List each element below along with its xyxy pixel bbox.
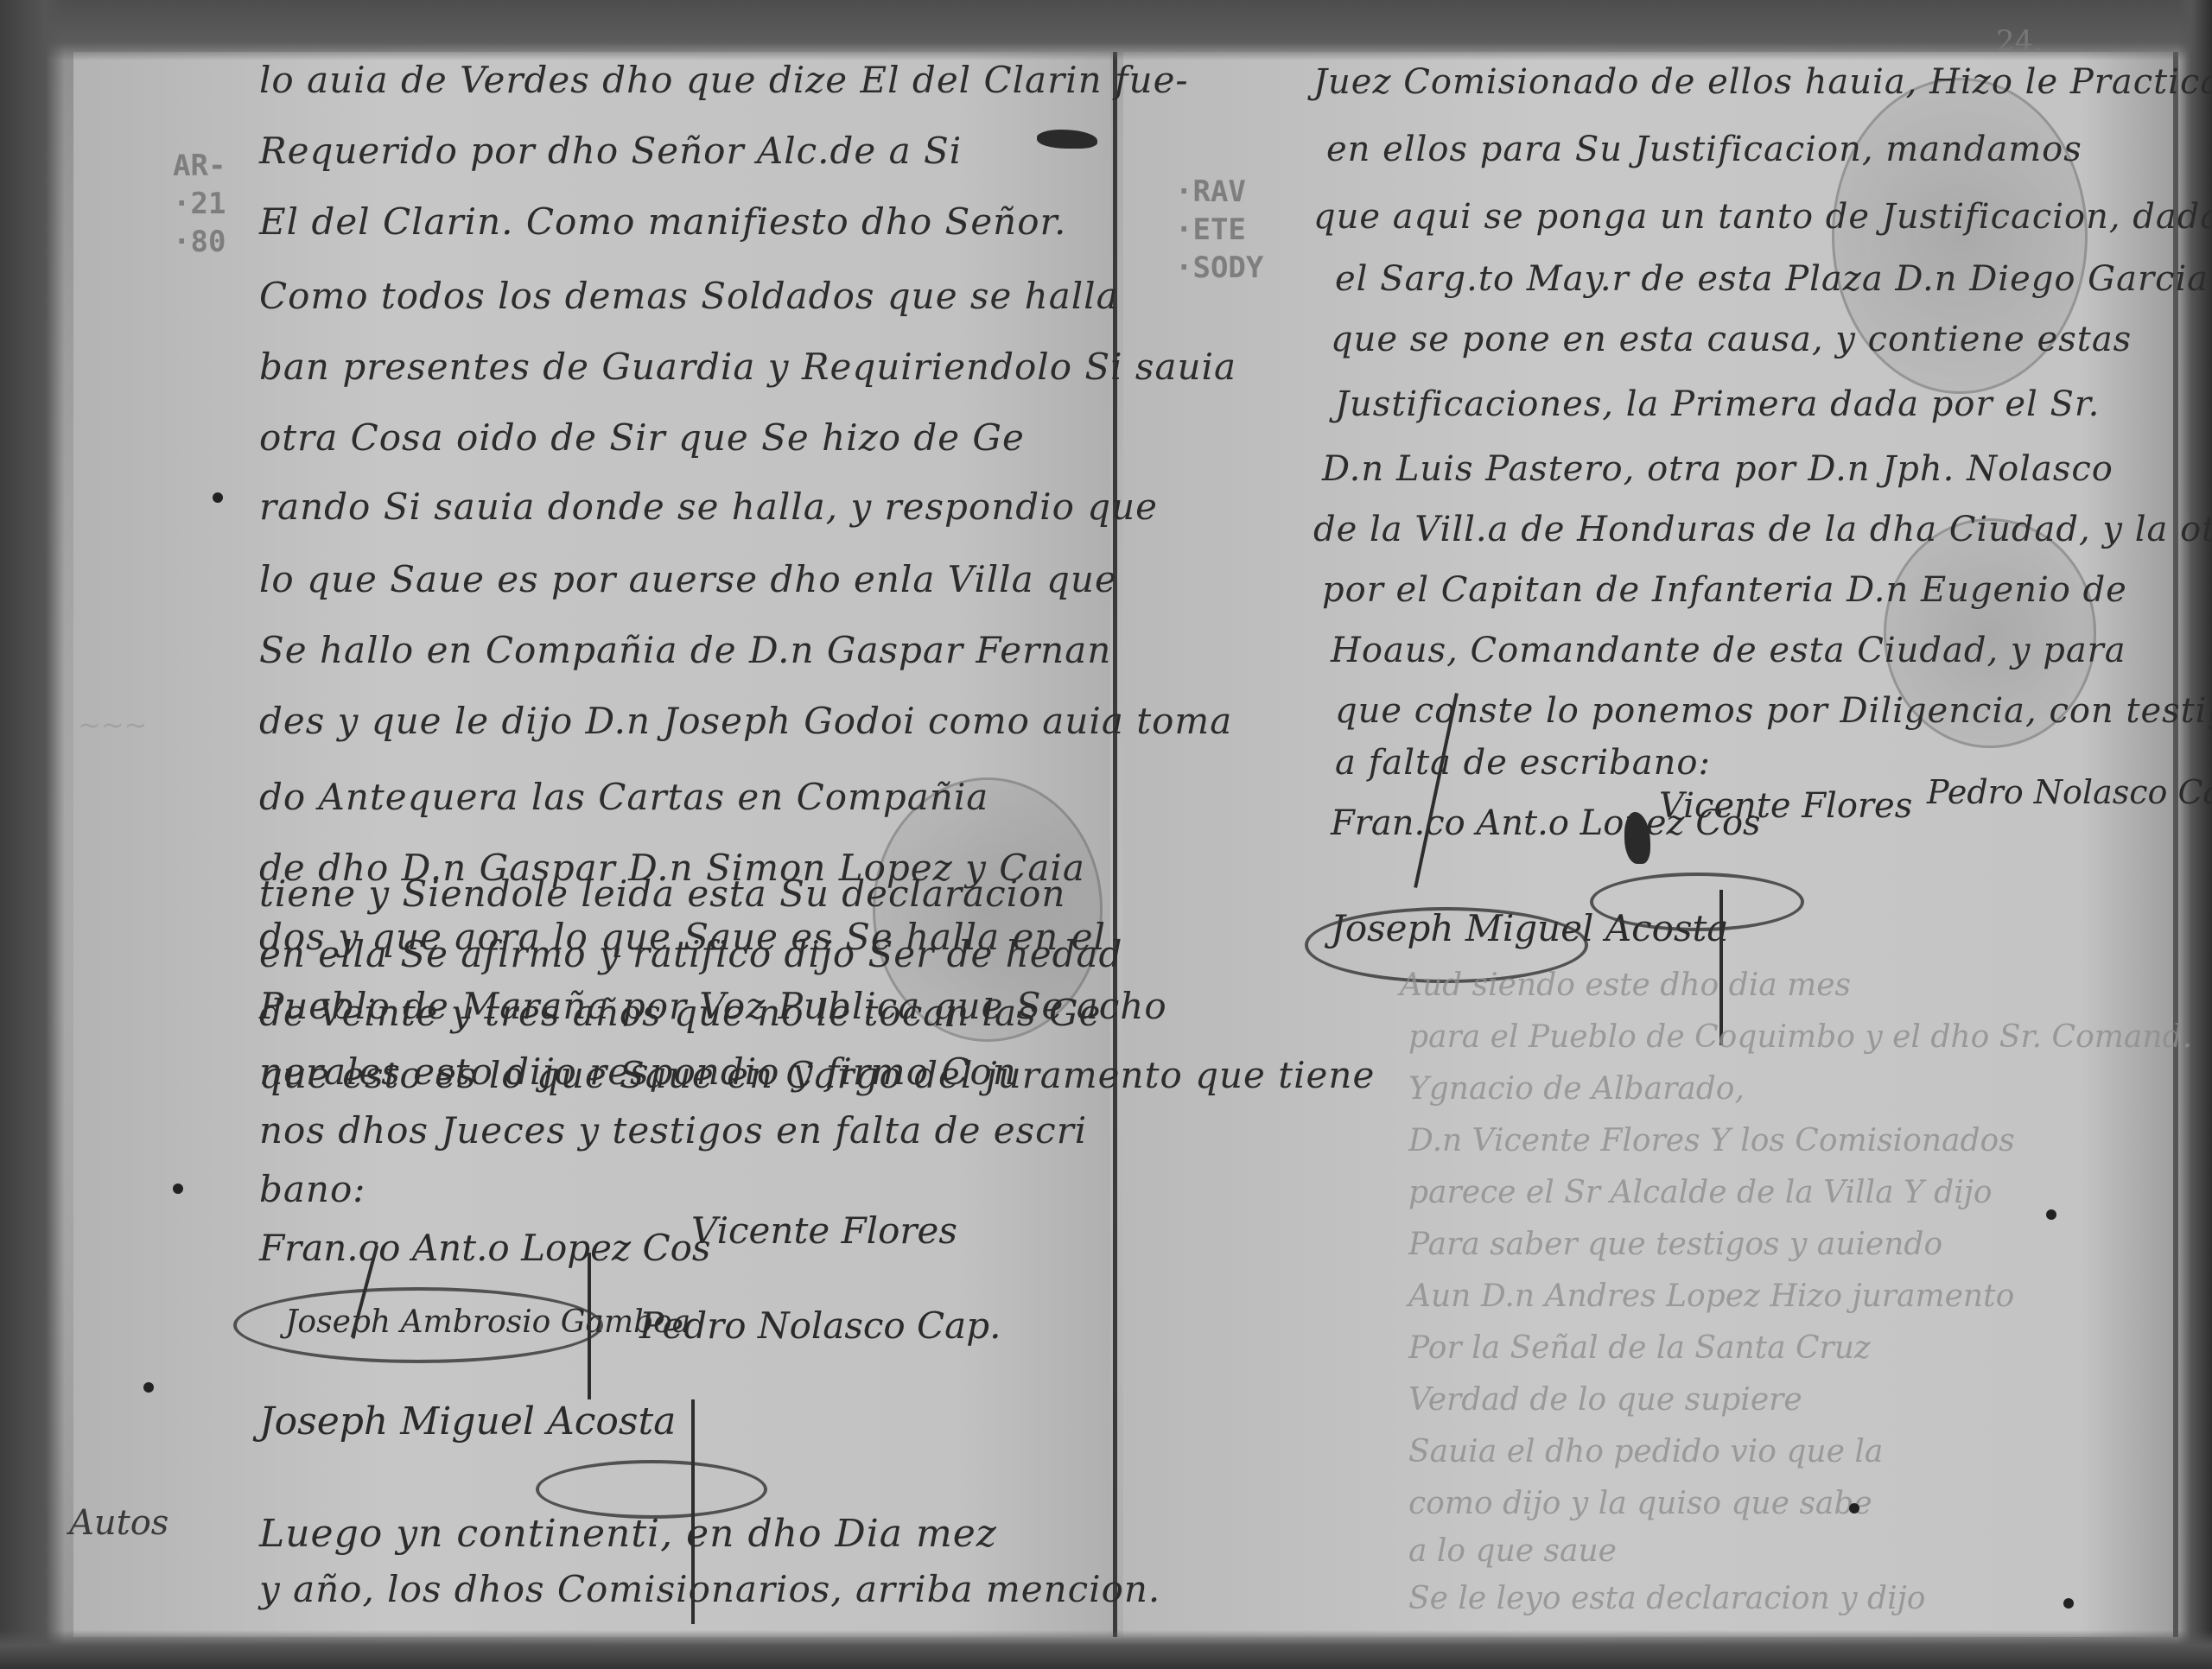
manuscript-line: Se hallo en Compañia de D.n Gaspar Ferna… — [259, 629, 1111, 671]
ink-dot — [213, 492, 223, 503]
signature-acosta: Joseph Miguel Acosta — [259, 1399, 676, 1444]
manuscript-line: el Sarg.to May.r de esta Plaza D.n Diego… — [1335, 259, 2209, 299]
manuscript-line: des y que le dijo D.n Joseph Godoi como … — [259, 700, 1232, 742]
manuscript-line: bano: — [259, 1168, 365, 1210]
signature-flourish — [536, 1460, 767, 1519]
manuscript-line: de la Vill.a de Honduras de la dha Ciuda… — [1313, 510, 2212, 549]
bleed-line: a lo que saue — [1408, 1533, 1617, 1569]
scan-right-shadow — [2177, 0, 2212, 1669]
signature-lopez-cos: Fran.co Ant.o Lopez Cos — [259, 1227, 710, 1269]
ink-dot — [2046, 1209, 2056, 1220]
bleed-line: Aun D.n Andres Lopez Hizo juramento — [1408, 1279, 2014, 1314]
bleed-line: parece el Sr Alcalde de la Villa Y dijo — [1408, 1175, 1993, 1210]
signature-vicente-flores: Vicente Flores — [1659, 786, 1912, 826]
stamp-line: ·RAV — [1175, 173, 1263, 211]
bleed-line: Ygnacio de Albarado, — [1408, 1071, 1745, 1107]
manuscript-line: que aqui se ponga un tanto de Justificac… — [1313, 197, 2212, 237]
bleed-line: Por la Señal de la Santa Cruz — [1408, 1330, 1871, 1366]
bleed-line: para el Pueblo de Coquimbo y el dho Sr. … — [1408, 1019, 2192, 1055]
stamp-line: ·21 — [173, 185, 226, 223]
signature-vicente-flores: Vicente Flores — [691, 1209, 957, 1252]
manuscript-line: lo que Saue es por auerse dho enla Villa… — [259, 558, 1117, 600]
manuscript-line: El del Clarin. Como manifiesto dho Señor… — [259, 200, 1066, 243]
stamp-bleed-right: ·RAV ·ETE ·SODY — [1175, 173, 1263, 287]
scan-bottom-shadow — [0, 1630, 2212, 1669]
bleed-line: D.n Vicente Flores Y los Comisionados — [1408, 1123, 2015, 1158]
stamp-line: ·SODY — [1175, 249, 1263, 287]
stamp-line: ·ETE — [1175, 211, 1263, 249]
manuscript-line: Requerido por dho Señor Alc.de a Si — [259, 130, 962, 172]
ink-dot — [143, 1382, 154, 1393]
page-number: 24. — [1996, 24, 2043, 59]
ink-dot — [1849, 1503, 1859, 1514]
manuscript-line: de Veinte y tres años que no le tocan la… — [259, 992, 1101, 1034]
manuscript-line: Hoaus, Comandante de esta Ciudad, y para — [1331, 631, 2126, 670]
signature-flourish — [1590, 873, 1804, 931]
stamp-line: AR- — [173, 147, 226, 185]
manuscript-line: Juez Comisionado de ellos hauia, Hizo le… — [1313, 62, 2212, 102]
manuscript-line: nos dhos Jueces y testigos en falta de e… — [259, 1109, 1087, 1152]
manuscript-line: en ella Se afirmo y ratifico dijo Ser de… — [259, 933, 1122, 975]
bleed-line: Verdad de lo que supiere — [1408, 1382, 1802, 1418]
manuscript-line: nerales esto dijo respondio y firmo Con — [259, 1050, 1017, 1093]
manuscript-line: D.n Luis Pastero, otra por D.n Jph. Nola… — [1322, 449, 2113, 489]
manuscript-line-closing: Luego yn continenti, en dho Dia mez — [259, 1512, 997, 1556]
manuscript-line: a falta de escribano: — [1335, 743, 1711, 783]
manuscript-line: do Antequera las Cartas en Compañia — [259, 776, 988, 818]
signature-stroke — [588, 1253, 591, 1399]
manuscript-line: tiene y Siendole leida esta Su declaraci… — [259, 873, 1065, 915]
manuscript-line: otra Cosa oido de Sir que Se hizo de Ge — [259, 416, 1025, 459]
bleed-line: Para saber que testigos y auiendo — [1408, 1227, 1942, 1262]
margin-note-autos: Autos — [69, 1503, 168, 1543]
manuscript-line: ban presentes de Guardia y Requiriendolo… — [259, 346, 1236, 388]
bleed-line: ~~~ — [78, 708, 147, 741]
bleed-line: Se le leyo esta declaracion y dijo — [1408, 1581, 1925, 1616]
scan-top-shadow — [0, 0, 2212, 60]
bleed-line: Sauia el dho pedido vio que la — [1408, 1434, 1883, 1469]
signature-flourish — [233, 1287, 603, 1363]
manuscript-line: en ellos para Su Justificacion, mandamos — [1326, 130, 2082, 169]
manuscript-line: por el Capitan de Infanteria D.n Eugenio… — [1322, 570, 2127, 610]
stamp-line: ·80 — [173, 223, 226, 261]
manuscript-line: que conste lo ponemos por Diligencia, co… — [1335, 691, 2212, 731]
stamp-bleed-left: AR- ·21 ·80 — [173, 147, 226, 261]
manuscript-line-closing: y año, los dhos Comisionarios, arriba me… — [259, 1568, 1160, 1610]
scan-left-shadow — [0, 0, 65, 1669]
manuscript-line: que se pone en esta causa, y contiene es… — [1331, 320, 2132, 359]
manuscript-line: Como todos los demas Soldados que se hal… — [259, 275, 1119, 317]
ink-dot — [2063, 1598, 2074, 1609]
bleed-line: como dijo y la quiso que sabe — [1408, 1486, 1872, 1521]
ink-dot — [173, 1184, 183, 1194]
signature-pedro-nolasco: Pedro Nolasco Cap. — [1927, 773, 2212, 811]
manuscript-line: Justificaciones, la Primera dada por el … — [1335, 384, 2100, 424]
signature-pedro-nolasco: Pedro Nolasco Cap. — [639, 1304, 1001, 1347]
bleed-line: Aud siendo este dho dia mes — [1400, 968, 1851, 1003]
manuscript-line: lo auia de Verdes dho que dize El del Cl… — [259, 59, 1189, 101]
manuscript-line: rando Si sauia donde se halla, y respond… — [259, 485, 1158, 528]
